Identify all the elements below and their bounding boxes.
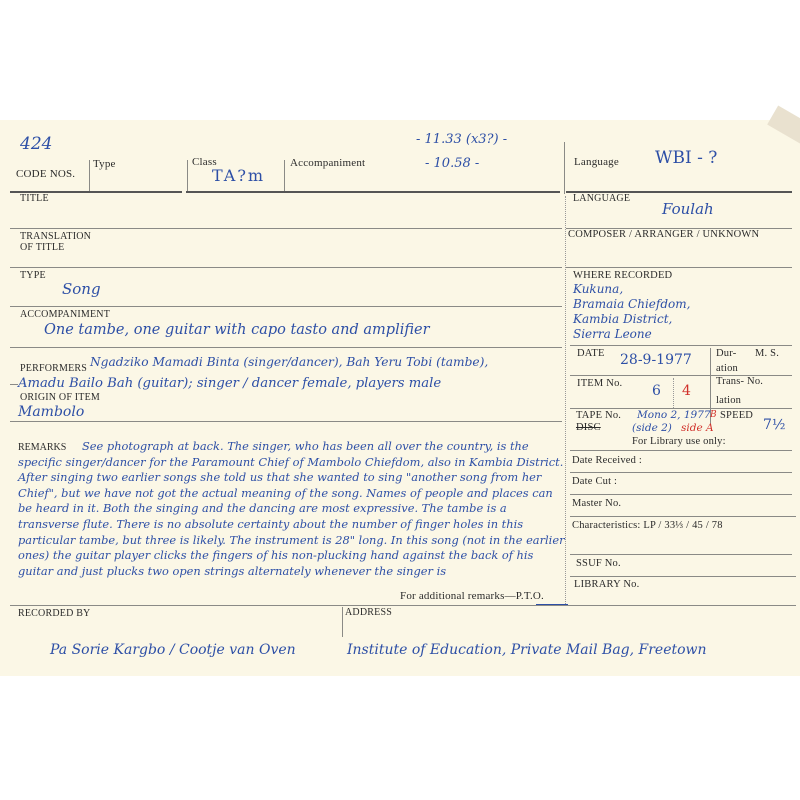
rule — [570, 450, 792, 451]
divider — [89, 160, 90, 192]
divider — [187, 160, 188, 192]
translation-no-label-2: lation — [716, 395, 741, 406]
address-label: ADDRESS — [345, 607, 392, 618]
recorded-by-label: RECORDED BY — [18, 608, 90, 619]
rule — [10, 421, 562, 422]
column-divider — [565, 196, 567, 606]
tape-no-red-value-1: B — [710, 410, 717, 420]
divider — [342, 607, 343, 637]
composer-label: COMPOSER / ARRANGER / UNKNOWN — [568, 229, 759, 240]
origin-label: ORIGIN OF ITEM — [20, 392, 100, 403]
divider — [673, 378, 675, 408]
performers-line-1: Ngadziko Mamadi Binta (singer/dancer), B… — [90, 355, 488, 369]
speed-value: 7½ — [763, 417, 785, 433]
pto-note: For additional remarks—P.T.O. — [400, 590, 544, 602]
rule — [10, 228, 562, 229]
library-no-label: LIBRARY No. — [574, 579, 639, 590]
title-label: TITLE — [20, 193, 49, 204]
origin-value: Mambolo — [18, 404, 84, 420]
recorded-by-value: Pa Sorie Kargbo / Cootje van Oven — [50, 642, 296, 658]
tape-no-value-2: (side 2) — [632, 422, 672, 434]
performers-label: PERFORMERS — [20, 363, 87, 374]
rule — [10, 384, 18, 385]
translation-label-2: OF TITLE — [20, 242, 64, 253]
where-recorded-line-2: Bramaia Chiefdom, — [573, 297, 690, 311]
rule — [570, 472, 792, 473]
language-code-value: WBI - ? — [655, 148, 717, 168]
rule — [10, 306, 562, 307]
item-no-value: 6 — [652, 383, 661, 399]
where-recorded-line-1: Kukuna, — [573, 282, 623, 296]
duration-units: M. S. — [755, 348, 779, 359]
rule — [570, 494, 792, 495]
rule — [566, 267, 792, 268]
rule — [570, 345, 792, 346]
timing-note-1: - 11.33 (x3?) - — [416, 132, 507, 147]
date-cut-label: Date Cut : — [572, 476, 617, 487]
item-no-label: ITEM No. — [577, 378, 622, 389]
tape-no-red-value-2: side A — [681, 422, 714, 434]
ssuf-no-label: SSUF No. — [576, 558, 621, 569]
library-use-heading: For Library use only: — [632, 436, 726, 447]
date-value: 28-9-1977 — [620, 352, 692, 368]
type-header-label: Type — [93, 158, 116, 170]
timing-note-2: - 10.58 - — [425, 156, 479, 171]
remarks-text: See photograph at back. The singer, who … — [18, 439, 570, 579]
where-recorded-line-4: Sierra Leone — [573, 327, 652, 341]
date-label: DATE — [577, 348, 605, 359]
type-label: TYPE — [20, 270, 46, 281]
divider — [284, 160, 285, 192]
item-no-red-value: 4 — [682, 383, 691, 399]
language-value: Foulah — [662, 200, 714, 218]
class-value: TA?m — [212, 166, 265, 185]
code-nos-label: CODE NOS. — [16, 168, 75, 180]
duration-label-2: ation — [716, 363, 738, 374]
address-value: Institute of Education, Private Mail Bag… — [347, 642, 707, 658]
accompaniment-label: ACCOMPANIMENT — [20, 309, 110, 320]
date-received-label: Date Received : — [572, 455, 642, 466]
translation-no-label-1: Trans- No. — [716, 376, 763, 387]
rule — [570, 576, 796, 577]
rule — [10, 267, 562, 268]
tape-no-label: TAPE No. — [576, 410, 621, 421]
accompaniment-value: One tambe, one guitar with capo tasto an… — [44, 322, 430, 338]
archive-index-card: 424 CODE NOS. Type Class TA?m Accompanim… — [0, 120, 800, 676]
rule — [10, 347, 562, 348]
speed-label: SPEED — [720, 410, 753, 421]
master-no-label: Master No. — [572, 498, 621, 509]
divider — [564, 142, 565, 194]
duration-label-1: Dur- — [716, 348, 736, 359]
rule — [186, 191, 560, 193]
accompaniment-header-label: Accompaniment — [290, 157, 365, 169]
rule — [10, 605, 796, 606]
translation-label-1: TRANSLATION — [20, 231, 91, 242]
tape-no-value-1: Mono 2, 1977 — [637, 409, 711, 421]
code-number-value: 424 — [20, 134, 52, 154]
disc-label-struck: DISC — [576, 422, 601, 433]
type-value: Song — [62, 280, 101, 298]
language-label: LANGUAGE — [573, 193, 630, 204]
where-recorded-label: WHERE RECORDED — [573, 270, 672, 281]
rule — [570, 516, 796, 517]
characteristics-label: Characteristics: LP / 33⅓ / 45 / 78 — [572, 520, 723, 531]
rule — [570, 554, 792, 555]
language-code-label: Language — [574, 156, 619, 168]
where-recorded-line-3: Kambia District, — [573, 312, 672, 326]
performers-line-2: Amadu Bailo Bah (guitar); singer / dance… — [18, 376, 441, 391]
